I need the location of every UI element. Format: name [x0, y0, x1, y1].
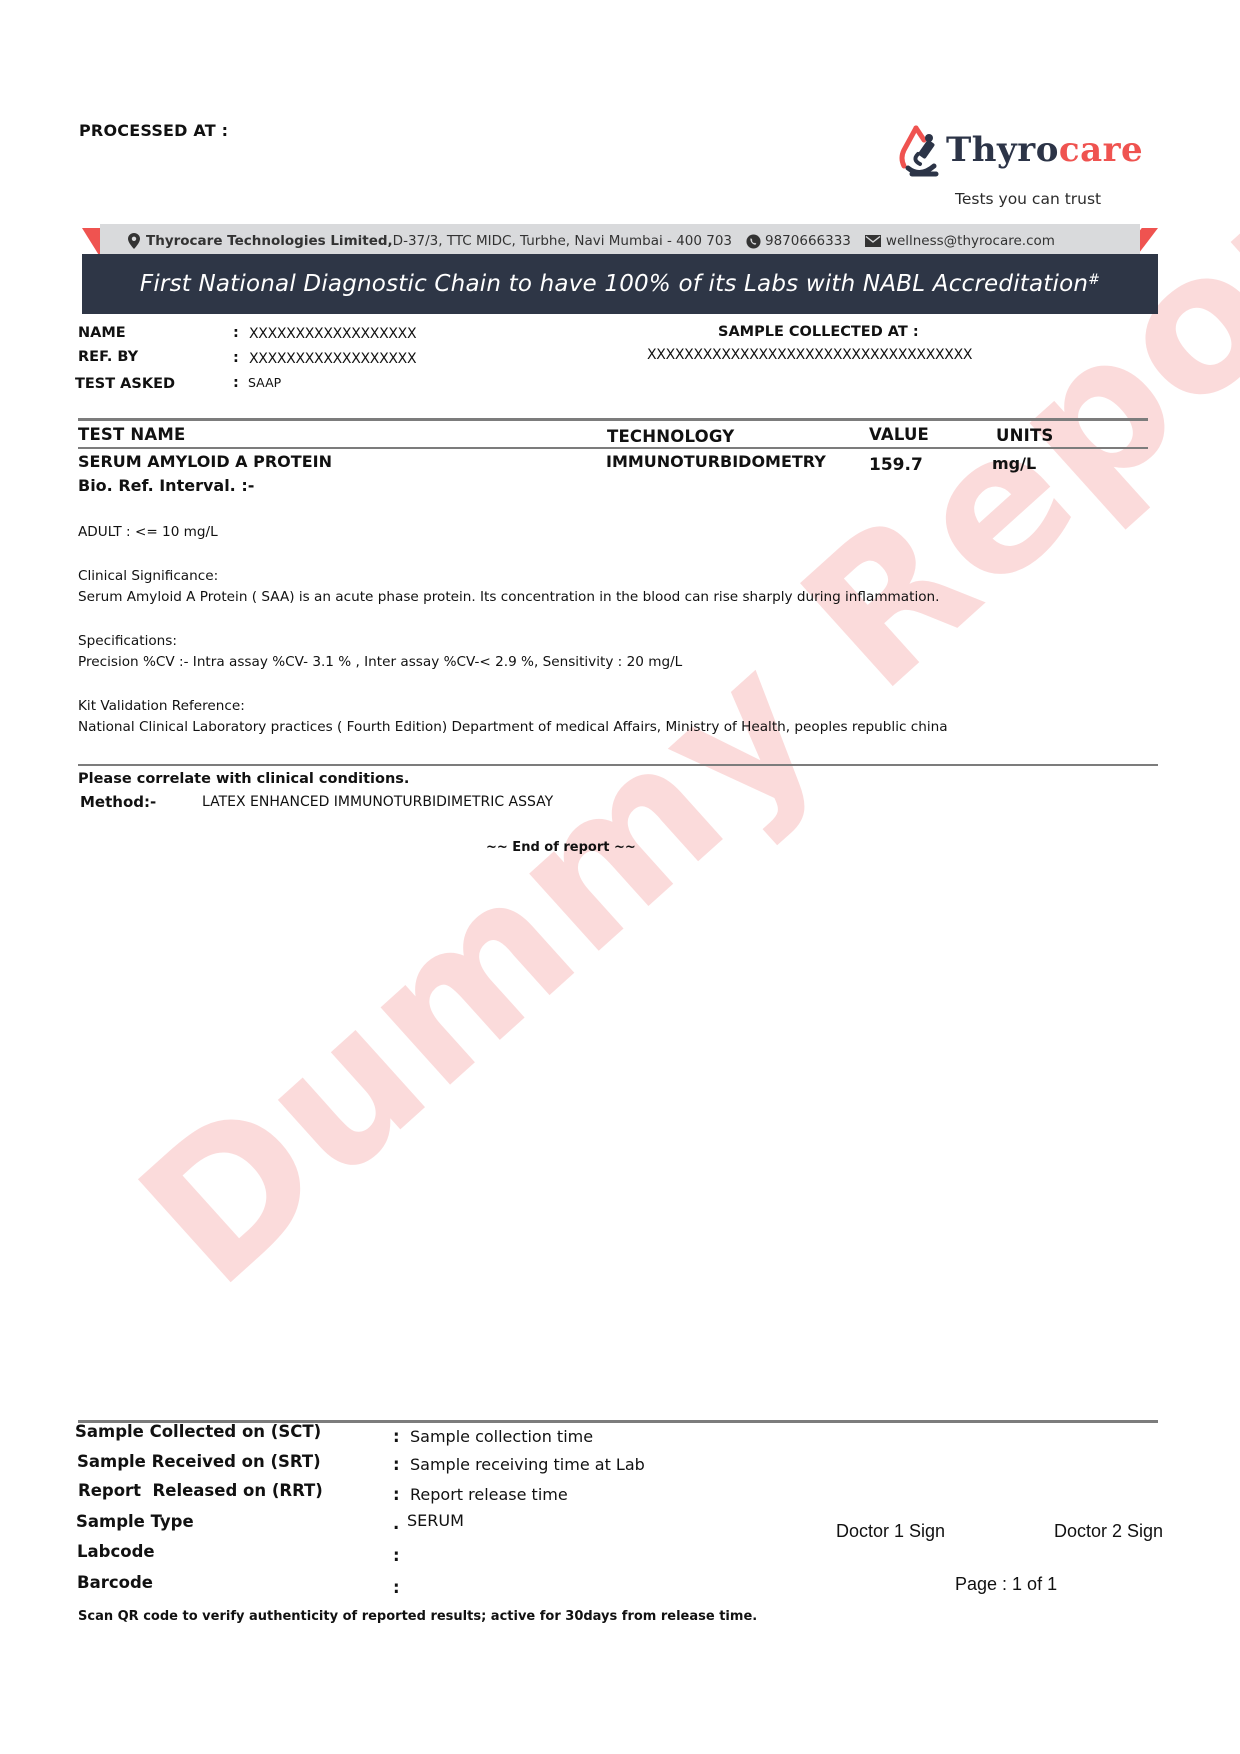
method-value: LATEX ENHANCED IMMUNOTURBIDIMETRIC ASSAY [202, 794, 553, 810]
correlate-note: Please correlate with clinical condition… [78, 771, 409, 787]
banner-contact-info: Thyrocare Technologies Limited, D-37/3, … [128, 230, 1055, 252]
logo-wordmark: Thyrocare [946, 130, 1143, 170]
details-bottom-rule [78, 764, 1158, 766]
srt-value: Sample receiving time at Lab [410, 1455, 645, 1474]
qr-scan-note: Scan QR code to verify authenticity of r… [78, 1609, 757, 1624]
barcode-label: Barcode [77, 1573, 153, 1592]
nabl-slogan: First National Diagnostic Chain to have … [82, 254, 1158, 314]
phone-number: 9870666333 [765, 233, 851, 249]
location-pin-icon [128, 233, 140, 249]
sct-label: Sample Collected on (SCT) [75, 1422, 321, 1441]
page-number: Page : 1 of 1 [955, 1574, 1057, 1595]
contact-banner: Thyrocare Technologies Limited, D-37/3, … [82, 224, 1158, 314]
labcode-label: Labcode [77, 1542, 155, 1561]
mail-icon [865, 235, 881, 247]
method-label: Method:- [80, 793, 156, 811]
name-colon: : [233, 325, 239, 341]
clinical-significance-text: Serum Amyloid A Protein ( SAA) is an acu… [78, 589, 940, 605]
test-asked-colon: : [233, 375, 239, 391]
rrt-label: Report Released on (RRT) [78, 1481, 323, 1500]
sample-collected-at-label: SAMPLE COLLECTED AT : [718, 324, 919, 340]
ref-by-colon: : [233, 350, 239, 366]
name-value: XXXXXXXXXXXXXXXXXX [249, 326, 416, 342]
email-address: wellness@thyrocare.com [886, 233, 1055, 249]
sample-type-label: Sample Type [76, 1512, 194, 1531]
srt-label: Sample Received on (SRT) [77, 1452, 321, 1471]
logo-tagline: Tests you can trust [955, 190, 1101, 208]
test-asked-label: TEST ASKED [75, 376, 175, 392]
row-value: 159.7 [869, 455, 923, 475]
col-header-units: UNITS [996, 426, 1054, 445]
dummy-report-watermark: Dummy Report [100, 414, 1080, 1328]
clinical-significance-title: Clinical Significance: [78, 568, 218, 584]
specifications-title: Specifications: [78, 633, 177, 649]
rrt-value: Report release time [410, 1485, 568, 1504]
sct-value: Sample collection time [410, 1427, 593, 1446]
microscope-drop-icon [898, 124, 942, 180]
sample-type-value: SERUM [407, 1511, 464, 1530]
sample-collected-at-value: XXXXXXXXXXXXXXXXXXXXXXXXXXXXXXXXXXX [647, 347, 972, 363]
bio-ref-interval-label: Bio. Ref. Interval. :- [78, 476, 254, 495]
test-asked-value: SAAP [248, 375, 281, 390]
row-technology: IMMUNOTURBIDOMETRY [606, 452, 826, 471]
labcode-colon: : [393, 1546, 400, 1565]
row-test-name: SERUM AMYLOID A PROTEIN [78, 452, 332, 471]
specifications-text: Precision %CV :- Intra assay %CV- 3.1 % … [78, 654, 682, 670]
col-header-technology: TECHNOLOGY [607, 427, 734, 446]
name-label: NAME [78, 325, 126, 341]
table-top-rule [78, 418, 1148, 421]
sct-colon: : [393, 1427, 400, 1446]
ref-by-label: REF. BY [78, 349, 138, 365]
company-address: D-37/3, TTC MIDC, Turbhe, Navi Mumbai - … [393, 233, 732, 249]
ref-by-value: XXXXXXXXXXXXXXXXXX [249, 351, 416, 367]
processed-at-label: PROCESSED AT : [79, 121, 228, 140]
kit-validation-text: National Clinical Laboratory practices (… [78, 719, 948, 735]
kit-validation-title: Kit Validation Reference: [78, 698, 245, 714]
doctor-2-sign: Doctor 2 Sign [1054, 1521, 1163, 1542]
company-name: Thyrocare Technologies Limited, [146, 233, 393, 249]
doctor-1-sign: Doctor 1 Sign [836, 1521, 945, 1542]
table-header-rule [78, 447, 1148, 449]
col-header-test-name: TEST NAME [78, 425, 185, 444]
col-header-value: VALUE [869, 425, 929, 444]
thyrocare-logo: Thyrocare Tests you can trust [898, 120, 1148, 210]
barcode-colon: : [393, 1578, 400, 1597]
row-units: mg/L [992, 454, 1036, 473]
srt-colon: : [393, 1455, 400, 1474]
reference-range: ADULT : <= 10 mg/L [78, 524, 218, 540]
whatsapp-icon [746, 234, 761, 249]
rrt-colon: : [393, 1485, 400, 1504]
sample-type-sep: . [393, 1514, 399, 1533]
end-of-report: ~~ End of report ~~ [486, 840, 636, 855]
